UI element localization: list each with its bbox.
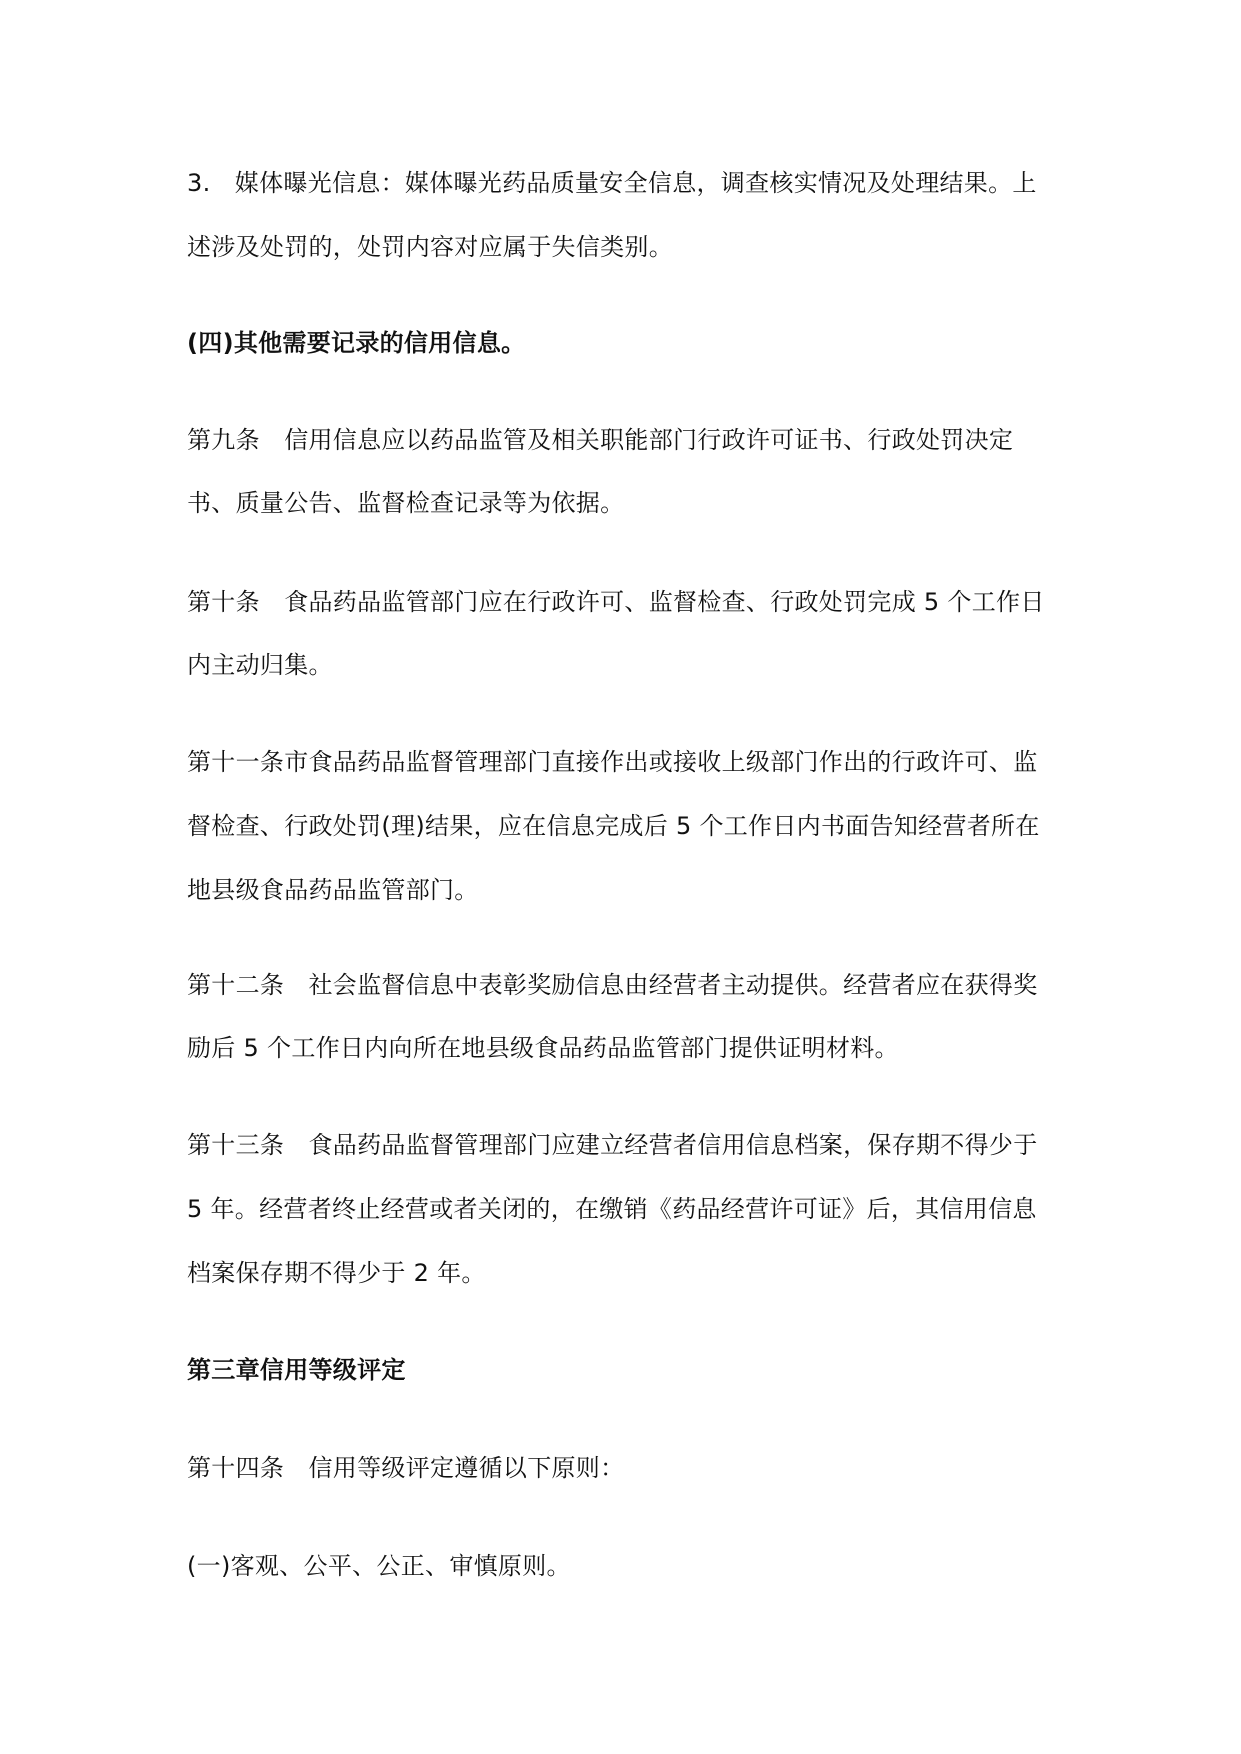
article-9-line-1: 第九条 信用信息应以药品监管及相关职能部门行政许可证书、行政处罚决定 (187, 425, 1013, 455)
article-10-line-1: 第十条 食品药品监管部门应在行政许可、监督检查、行政处罚完成 5 个工作日 (187, 587, 1045, 617)
article-10-line-2: 内主动归集。 (187, 650, 333, 680)
article-11-line-2: 督检查、行政处罚(理)结果，应在信息完成后 5 个工作日内书面告知经营者所在 (187, 811, 1040, 841)
chapter-heading-credit-rating: 第三章信用等级评定 (187, 1355, 406, 1385)
article-11-line-1: 第十一条市食品药品监督管理部门直接作出或接收上级部门作出的行政许可、监 (187, 747, 1038, 777)
article-12-line-1: 第十二条 社会监督信息中表彰奖励信息由经营者主动提供。经营者应在获得奖 (187, 970, 1038, 1000)
article-13-line-2: 5 年。经营者终止经营或者关闭的，在缴销《药品经营许可证》后，其信用信息 (187, 1194, 1037, 1224)
article-9-line-2: 书、质量公告、监督检查记录等为依据。 (187, 488, 624, 518)
section-heading-other-credit-info: (四)其他需要记录的信用信息。 (187, 328, 525, 358)
article-11-line-3: 地县级食品药品监管部门。 (187, 875, 479, 905)
article-13-line-3: 档案保存期不得少于 2 年。 (187, 1258, 486, 1288)
principle-1-line: (一)客观、公平、公正、审慎原则。 (187, 1551, 571, 1581)
paragraph-media-exposure-line-2: 述涉及处罚的，处罚内容对应属于失信类别。 (187, 232, 673, 262)
document-page: 3. 媒体曝光信息：媒体曝光药品质量安全信息，调查核实情况及处理结果。上 述涉及… (0, 0, 1241, 1754)
article-13-line-1: 第十三条 食品药品监督管理部门应建立经营者信用信息档案，保存期不得少于 (187, 1130, 1038, 1160)
article-12-line-2: 励后 5 个工作日内向所在地县级食品药品监管部门提供证明材料。 (187, 1033, 899, 1063)
paragraph-media-exposure-line-1: 3. 媒体曝光信息：媒体曝光药品质量安全信息，调查核实情况及处理结果。上 (187, 168, 1037, 198)
article-14-line-1: 第十四条 信用等级评定遵循以下原则： (187, 1453, 624, 1483)
